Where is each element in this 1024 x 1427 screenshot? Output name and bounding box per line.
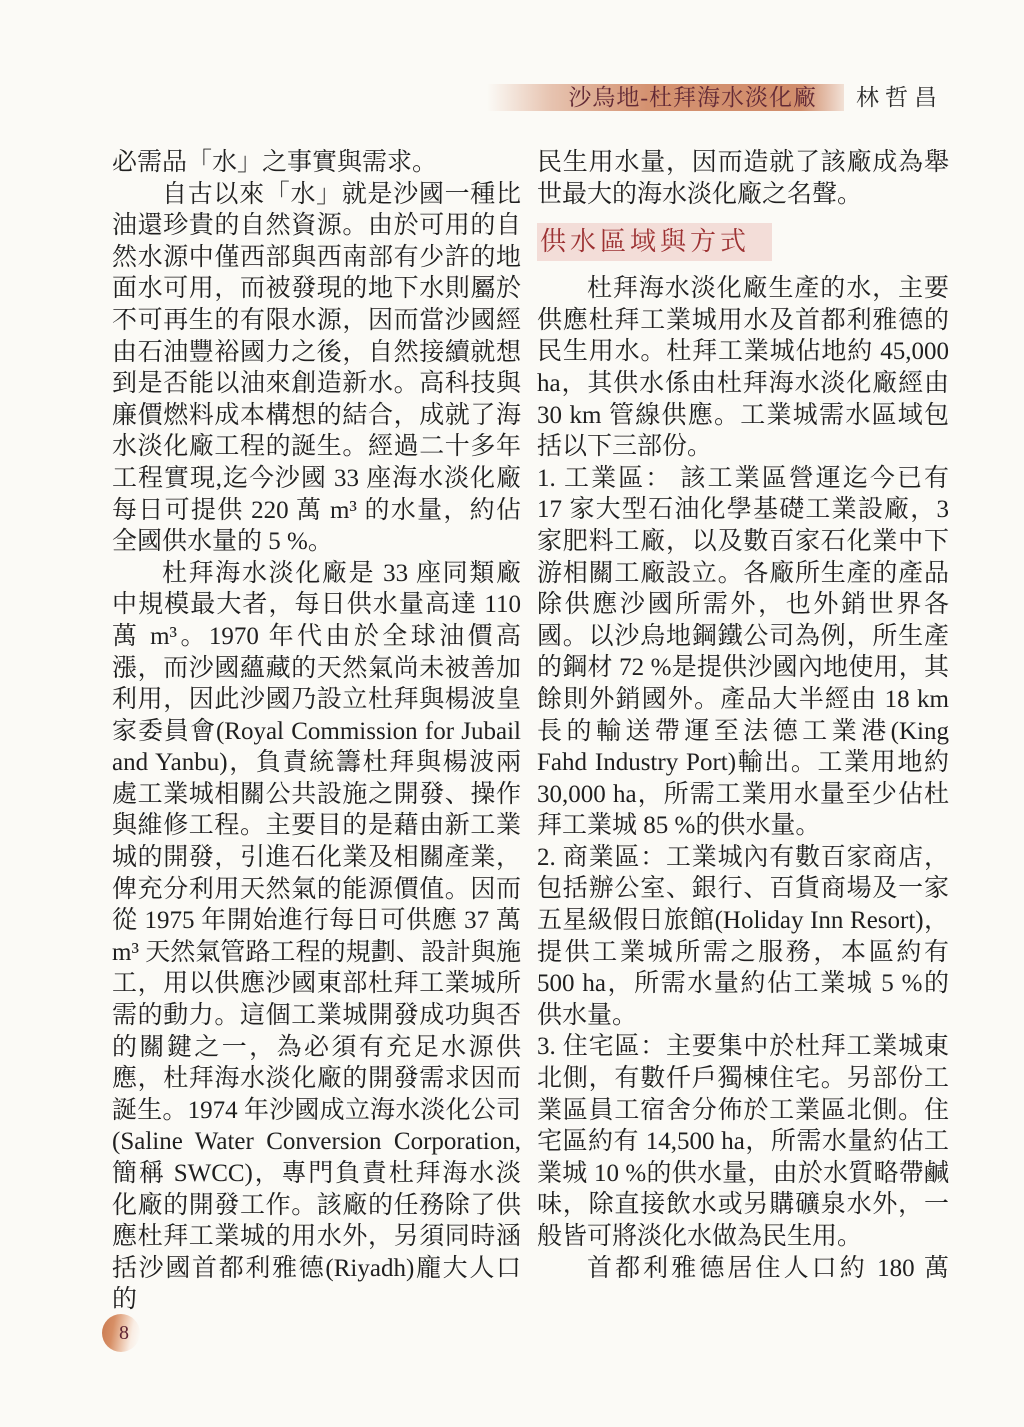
page-title: 沙烏地-杜拜海水淡化廠	[487, 83, 817, 112]
author-name: 林哲昌	[856, 83, 943, 112]
right-column: 民生用水量，因而造就了該廠成為舉世最大的海水淡化廠之名聲。 供水區域與方式 杜拜…	[537, 147, 949, 1284]
paragraph: 自古以來「水」就是沙國一種比油還珍貴的自然資源。由於可用的自然水源中僅西部與西南…	[112, 179, 521, 558]
paragraph: 1. 工業區： 該工業區營運迄今已有 17 家大型石油化學基礎工業設廠，3 家肥…	[537, 463, 949, 842]
page-number: 8	[119, 1314, 129, 1352]
paragraph: 杜拜海水淡化廠是 33 座同類廠中規模最大者，每日供水量高達 110 萬 m³。…	[112, 558, 521, 1316]
section-heading-row: 供水區域與方式	[537, 223, 949, 261]
page-number-badge: 8	[102, 1314, 140, 1352]
page-root: { "page": { "number": "8" }, "header": {…	[0, 0, 1024, 1427]
paragraph: 3. 住宅區：主要集中於杜拜工業城東北側，有數仟戶獨棟住宅。另部份工業區員工宿舍…	[537, 1031, 949, 1252]
paragraph: 民生用水量，因而造就了該廠成為舉世最大的海水淡化廠之名聲。	[537, 147, 949, 210]
paragraph: 杜拜海水淡化廠生產的水，主要供應杜拜工業城用水及首都利雅德的民生用水。杜拜工業城…	[537, 273, 949, 463]
right-column-body: 杜拜海水淡化廠生產的水，主要供應杜拜工業城用水及首都利雅德的民生用水。杜拜工業城…	[537, 273, 949, 1284]
left-column: 必需品「水」之事實與需求。自古以來「水」就是沙國一種比油還珍貴的自然資源。由於可…	[112, 147, 521, 1316]
paragraph: 2. 商業區：工業城內有數百家商店，包括辦公室、銀行、百貨商場及一家五星級假日旅…	[537, 842, 949, 1032]
paragraph: 首都利雅德居住人口約 180 萬	[537, 1253, 949, 1285]
right-column-intro: 民生用水量，因而造就了該廠成為舉世最大的海水淡化廠之名聲。	[537, 147, 949, 210]
section-heading: 供水區域與方式	[537, 223, 772, 261]
paragraph: 必需品「水」之事實與需求。	[112, 147, 521, 179]
